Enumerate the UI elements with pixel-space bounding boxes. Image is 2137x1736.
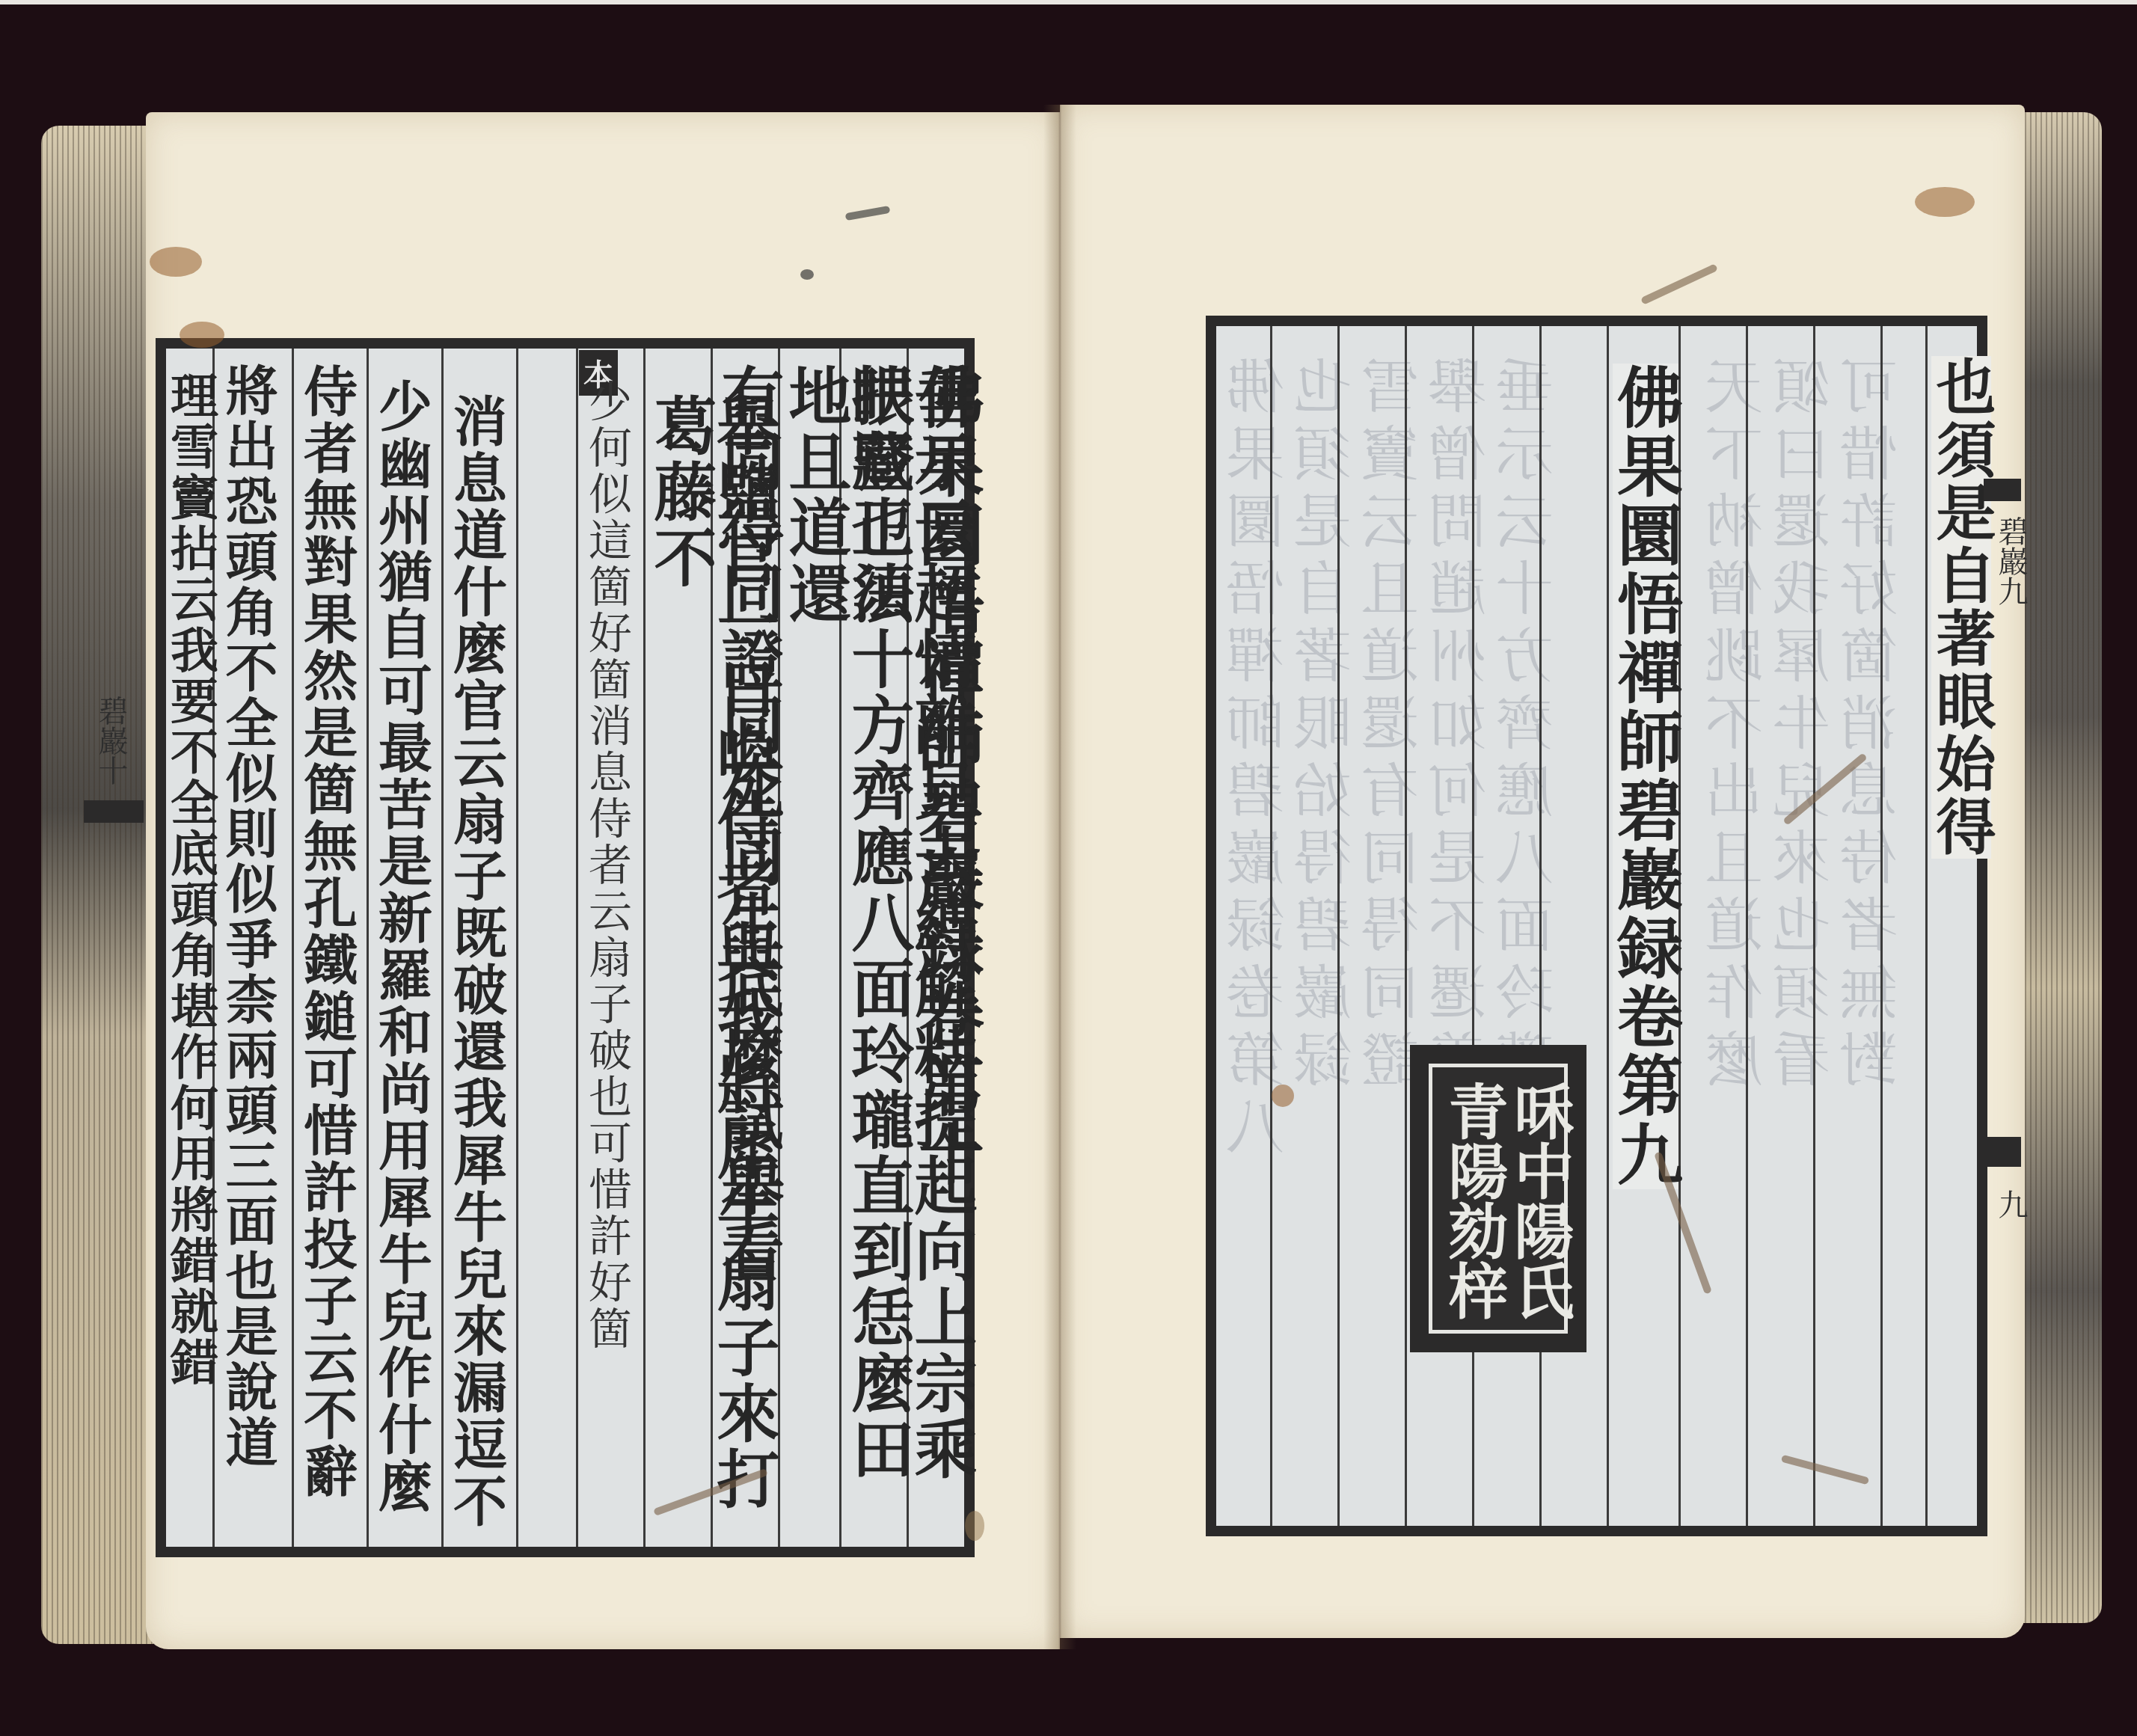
- text-column: 少何似這箇好箇消息侍者云扇子破也可惜許好箇: [585, 378, 628, 1352]
- column-rule: [576, 349, 578, 1547]
- fishtail-mark: [1984, 479, 2021, 501]
- text-column: 消息道什麼官云扇子既破還我犀牛兒來漏逗不: [449, 393, 503, 1530]
- publisher-seal: 咊中陽氏 青陽劾梓: [1412, 1047, 1584, 1350]
- show-through-text: 可惜許好箇消息侍者無對: [1845, 356, 1903, 1478]
- foxing-stain: [150, 247, 202, 277]
- text-column: 少幽州猶自可最苦是新羅和尚用犀牛兒作什麼: [374, 378, 428, 1515]
- column-rule: [1880, 326, 1883, 1526]
- text-column: 將出恐頭角不全似則似爭柰兩頭三面也是說道: [221, 364, 274, 1470]
- left-margin-label: 碧巖十: [96, 696, 126, 785]
- show-through-text: 也須是自著眼始得碧巖録: [1299, 356, 1357, 1478]
- column-rule: [367, 349, 369, 1547]
- right-margin-label: 碧巖九: [1996, 516, 2026, 606]
- show-through-text: 佛果圜悟禪師碧巖録卷第八: [1231, 356, 1290, 1478]
- column-rule: [1270, 326, 1272, 1526]
- foxing-stain: [965, 1511, 984, 1541]
- column-rule: [1337, 326, 1340, 1526]
- fishtail-mark: [1984, 1137, 2021, 1167]
- show-through-text: 天下衲僧跳不出且道作麼: [1710, 356, 1768, 1478]
- column-rule: [1405, 326, 1407, 1526]
- folio-number: 九: [1996, 1189, 2026, 1219]
- seal-line-1: 咊中陽氏: [1507, 1081, 1570, 1320]
- text-column: 侍者無對果然是箇無孔鐵鎚可惜許投子云不辭: [299, 364, 353, 1500]
- closing-line: 也須是自著眼始得: [1931, 356, 1991, 859]
- show-through-text: 頌曰還我犀牛兒來也須看: [1777, 356, 1836, 1478]
- seal-line-2: 青陽劾梓: [1441, 1081, 1504, 1320]
- column-rule: [1746, 326, 1748, 1526]
- text-column: 舉鹽官一日喚侍者與我將犀牛扇子來打葛藤不: [649, 393, 775, 1547]
- column-rule: [441, 349, 444, 1547]
- right-fore-edge: [2020, 112, 2102, 1623]
- fishtail-mark: [84, 800, 144, 823]
- column-rule: [292, 349, 294, 1547]
- right-print-frame: 佛果圜悟禪師碧巖録卷第八 也須是自著眼始得碧巖録 雪竇云且道還有同得同證 舉僧問…: [1206, 316, 1987, 1536]
- foxing-stain: [1915, 187, 1975, 217]
- text-column: 眼藏也須十方齊應八面玲瓏直到恁麼田地且道還: [784, 364, 910, 1547]
- left-print-frame: 佛果圜悟禪師碧巖録卷第十 垂示云超情離見去縛解粘提起向上宗乘扶豎正法 眼藏也須十…: [156, 338, 975, 1557]
- volume-title-right: 佛果圜悟禪師碧巖録卷第九: [1613, 364, 1678, 1189]
- seal-inner-border: 咊中陽氏 青陽劾梓: [1429, 1064, 1568, 1334]
- spine-gutter: [1043, 105, 1076, 1649]
- column-rule: [1813, 326, 1815, 1526]
- open-book: 佛果圜悟禪師碧巖録卷第十 垂示云超情離見去縛解粘提起向上宗乘扶豎正法 眼藏也須十…: [0, 0, 2137, 1736]
- column-rule: [516, 349, 518, 1547]
- text-column: 理雪竇拈云我要不全底頭角堪作何用將錯就錯: [166, 371, 214, 1388]
- foxing-stain: [180, 322, 224, 348]
- left-fore-edge: [41, 126, 153, 1644]
- foxing-stain: [1272, 1085, 1294, 1107]
- ink-spot: [800, 269, 814, 280]
